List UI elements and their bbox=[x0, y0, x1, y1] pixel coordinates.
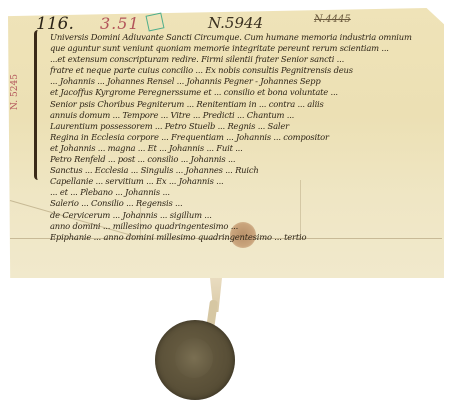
text-line: Regina in Ecclesia corpore ... Frequenti… bbox=[50, 132, 432, 143]
text-line: Petro Renfeld ... post ... consilio ... … bbox=[50, 154, 432, 165]
text-line: Universis Domini Adiuvante Sancti Circum… bbox=[50, 32, 432, 43]
text-line: ... Johannis ... Johannes Rensel ... Joh… bbox=[50, 76, 432, 87]
text-line: Laurentium possessorem ... Petro Stuelb … bbox=[50, 121, 432, 132]
text-line: fratre et neque parte cuius concilio ...… bbox=[50, 65, 432, 76]
shelfmark-red-number: 3.51 bbox=[100, 14, 140, 33]
text-line: et Johannis ... magna ... Et ... Johanni… bbox=[50, 143, 432, 154]
text-line: ...et extensum conscripturam redire. Fir… bbox=[50, 54, 432, 65]
text-line: Sanctus ... Ecclesia ... Singulis ... Jo… bbox=[50, 165, 432, 176]
decorated-initial bbox=[34, 30, 45, 180]
seal-emblem bbox=[175, 338, 213, 378]
shelfmark-reference: N.5944 bbox=[208, 14, 263, 32]
text-line: Epiphanie ... anno domini millesimo quad… bbox=[50, 232, 432, 243]
text-line: ... et ... Plebano ... Johannis ... bbox=[50, 187, 432, 198]
text-line: que aguntur sunt veniunt quoniam memorie… bbox=[50, 43, 432, 54]
text-line: Senior psis Choribus Pegniterum ... Reni… bbox=[50, 99, 432, 110]
text-line: de Cervicerum ... Johannis ... sigillum … bbox=[50, 210, 432, 221]
text-line: Salerio ... Consilio ... Regensis ... bbox=[50, 198, 432, 209]
text-line: Capellanie ... servitium ... Ex ... Joha… bbox=[50, 176, 432, 187]
margin-note: N. 5245 bbox=[10, 74, 20, 110]
charter-text: Universis Domini Adiuvante Sancti Circum… bbox=[50, 32, 432, 243]
text-line: annuis domum ... Tempore ... Vitre ... P… bbox=[50, 110, 432, 121]
text-line: anno domini ... millesimo quadringentesi… bbox=[50, 221, 432, 232]
wax-seal-icon bbox=[155, 320, 235, 400]
stamp-icon bbox=[146, 13, 165, 32]
text-line: et Jacoffus Kyrgrome Peregnerssume et ..… bbox=[50, 87, 432, 98]
shelfmark-struck-reference: N.4445 bbox=[314, 14, 351, 25]
